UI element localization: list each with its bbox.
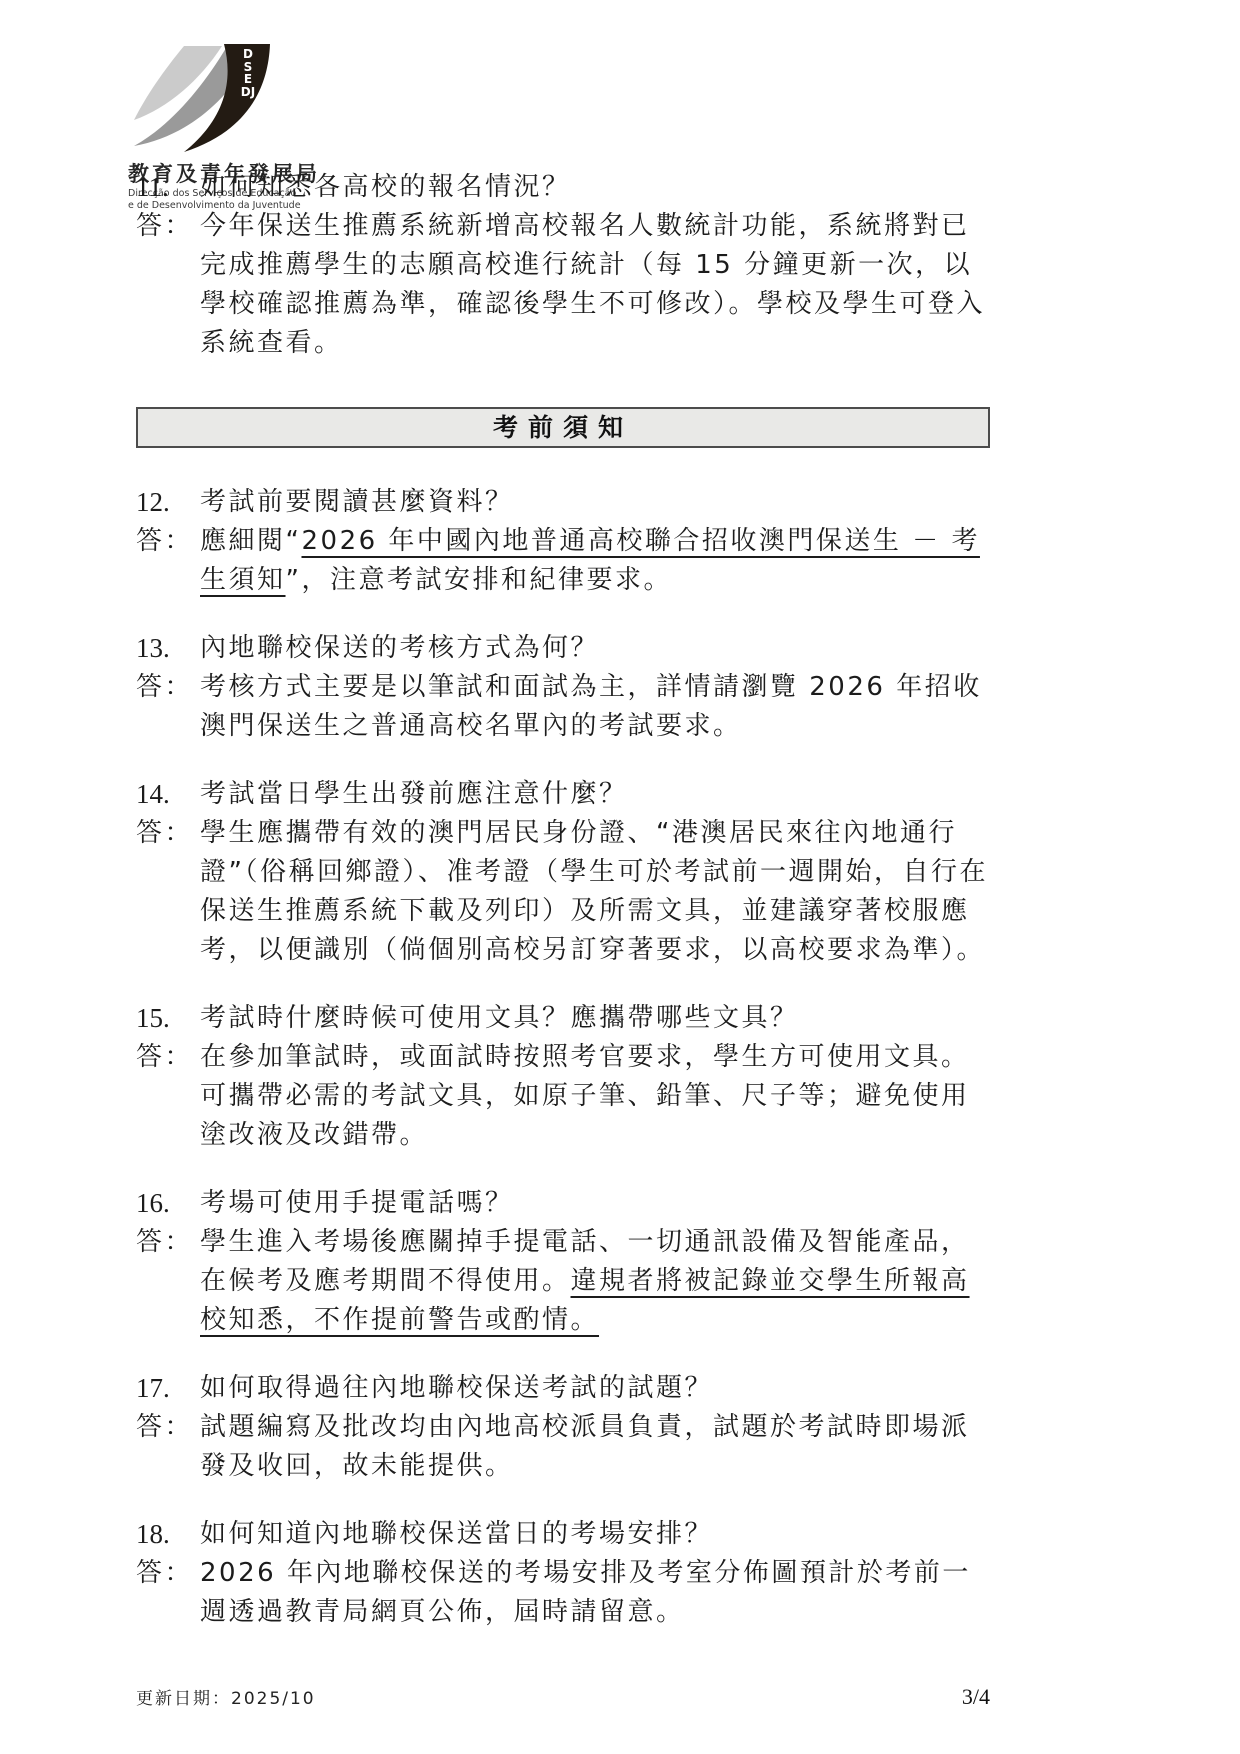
qa-item-16: 16. 考場可使用手提電話嗎？ 答： 學生進入考場後應關掉手提電話、一切通訊設備… <box>136 1184 990 1340</box>
answer-text: 試題編寫及批改均由內地高校派員負責，試題於考試時即場派發及收回，故未能提供。 <box>200 1408 990 1486</box>
answer-label: 答： <box>136 1038 200 1077</box>
answer-text-pre: 應細閱“ <box>200 526 301 556</box>
answer-label: 答： <box>136 1223 200 1262</box>
qa-item-11: 11. 如何知悉各高校的報名情況？ 答： 今年保送生推薦系統新增高校報名人數統計… <box>136 168 990 363</box>
qa-item-12: 12. 考試前要閱讀甚麼資料？ 答： 應細閱“2026 年中國內地普通高校聯合招… <box>136 483 990 600</box>
question-text: 考場可使用手提電話嗎？ <box>200 1184 990 1223</box>
question-text: 考試當日學生出發前應注意什麼？ <box>200 775 990 814</box>
answer-label: 答： <box>136 668 200 707</box>
section-header-text: 考前須知 <box>493 408 633 447</box>
qa-item-18: 18. 如何知道內地聯校保送當日的考場安排？ 答： 2026 年內地聯校保送的考… <box>136 1515 990 1632</box>
question-number: 13. <box>136 629 200 668</box>
section-header-pre-exam-notice: 考前須知 <box>136 407 990 448</box>
answer-text: 考核方式主要是以筆試和面試為主，詳情請瀏覽 2026 年招收澳門保送生之普通高校… <box>200 668 990 746</box>
logo-acronym-text: DSEDJ <box>240 48 256 98</box>
question-number: 16. <box>136 1184 200 1223</box>
question-text: 內地聯校保送的考核方式為何？ <box>200 629 990 668</box>
logo-swoosh-graphic: DSEDJ <box>128 42 278 154</box>
question-number: 12. <box>136 483 200 522</box>
answer-label: 答： <box>136 1408 200 1447</box>
question-text: 如何知悉各高校的報名情況？ <box>200 168 990 207</box>
qa-item-17: 17. 如何取得過往內地聯校保送考試的試題？ 答： 試題編寫及批改均由內地高校派… <box>136 1369 990 1486</box>
answer-label: 答： <box>136 522 200 561</box>
answer-text: 學生應攜帶有效的澳門居民身份證、“港澳居民來往內地通行證”（俗稱回鄉證）、准考證… <box>200 814 990 970</box>
page-footer: 更新日期：2025/10 3/4 <box>136 1684 990 1710</box>
answer-text: 學生進入考場後應關掉手提電話、一切通訊設備及智能產品，在候考及應考期間不得使用。… <box>200 1223 990 1340</box>
faq-content: 11. 如何知悉各高校的報名情況？ 答： 今年保送生推薦系統新增高校報名人數統計… <box>136 168 990 1661</box>
question-number: 11. <box>136 168 200 207</box>
question-number: 18. <box>136 1515 200 1554</box>
answer-label: 答： <box>136 1554 200 1593</box>
question-number: 14. <box>136 775 200 814</box>
question-text: 考試時什麼時候可使用文具？應攜帶哪些文具？ <box>200 999 990 1038</box>
question-number: 15. <box>136 999 200 1038</box>
footer-page-number: 3/4 <box>962 1684 990 1710</box>
answer-text: 今年保送生推薦系統新增高校報名人數統計功能，系統將對已完成推薦學生的志願高校進行… <box>200 207 990 363</box>
question-text: 如何取得過往內地聯校保送考試的試題？ <box>200 1369 990 1408</box>
question-text: 如何知道內地聯校保送當日的考場安排？ <box>200 1515 990 1554</box>
qa-item-13: 13. 內地聯校保送的考核方式為何？ 答： 考核方式主要是以筆試和面試為主，詳情… <box>136 629 990 746</box>
answer-label: 答： <box>136 814 200 853</box>
qa-item-14: 14. 考試當日學生出發前應注意什麼？ 答： 學生應攜帶有效的澳門居民身份證、“… <box>136 775 990 970</box>
document-page: DSEDJ 教育及青年發展局 Direcção dos Serviços de … <box>0 0 1240 1754</box>
answer-label: 答： <box>136 207 200 246</box>
question-number: 17. <box>136 1369 200 1408</box>
question-text: 考試前要閱讀甚麼資料？ <box>200 483 990 522</box>
footer-update-date: 更新日期：2025/10 <box>136 1684 316 1709</box>
answer-text-post: ”，注意考試安排和紀律要求。 <box>286 565 672 595</box>
answer-text: 應細閱“2026 年中國內地普通高校聯合招收澳門保送生 － 考生須知”，注意考試… <box>200 522 990 600</box>
answer-text: 2026 年內地聯校保送的考場安排及考室分佈圖預計於考前一週透過教青局網頁公佈，… <box>200 1554 990 1632</box>
qa-item-15: 15. 考試時什麼時候可使用文具？應攜帶哪些文具？ 答： 在參加筆試時，或面試時… <box>136 999 990 1155</box>
answer-text: 在參加筆試時，或面試時按照考官要求，學生方可使用文具。可攜帶必需的考試文具，如原… <box>200 1038 990 1155</box>
